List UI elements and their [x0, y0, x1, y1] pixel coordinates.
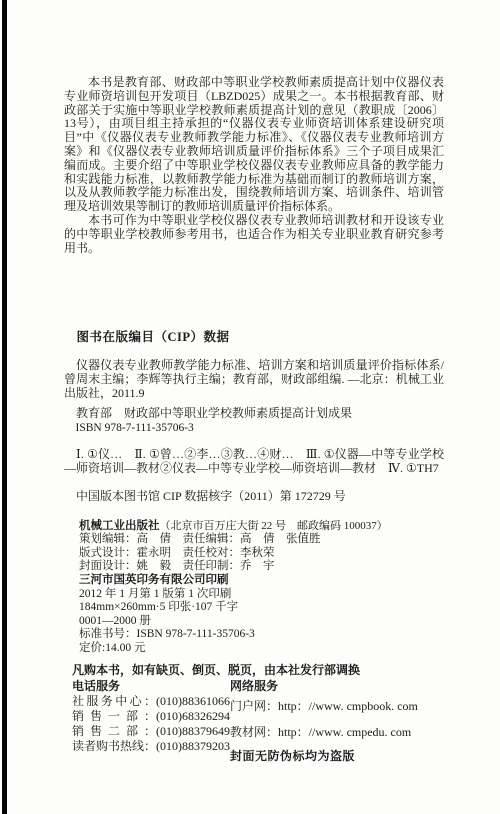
publisher-name-line: 机械工业出版社（北京市百万庄大街 22 号 邮政编码 100037） [79, 520, 444, 534]
summary-paragraph-2: 本书可作为中等职业学校仪器仪表专业教师培训教材和开设该专业的中等职业学校教师参考… [64, 214, 444, 255]
exchange-notice: 凡购本书，如有缺页、倒页、脱页，由本社发行部调换 [72, 663, 444, 678]
page-content: 本书是教育部、财政部中等职业学校教师素质提高计划中仪器仪表专业师资培训包开发项目… [64, 0, 444, 764]
phone-number: (010)88379649 [156, 724, 230, 738]
cip-heading: 图书在版编目（CIP）数据 [64, 331, 444, 345]
cip-series-note: 教育部 财政部中等职业学校教师素质提高计划成果 [64, 407, 444, 421]
staff-line: 策划编辑：高 倩 责任编辑：高 倩 张值胜 [79, 533, 444, 547]
anti-piracy-notice: 封面无防伪标均为盗版 [230, 749, 444, 764]
format-line: 184mm×260mm·5 印张·107 千字 [79, 601, 444, 615]
reader-service-section: 凡购本书，如有缺页、倒页、脱页，由本社发行部调换 电话服务 社服务中心：(010… [72, 663, 444, 764]
website-url: http：//www. cmpedu. com [278, 725, 411, 739]
service-columns: 电话服务 社服务中心：(010)88361066 销售一部：(010)68326… [72, 679, 444, 764]
staff-line: 版式设计：霍永明 责任校对：李秋荣 [79, 547, 444, 561]
printer-line: 三河市国英印务有限公司印刷 [79, 574, 444, 588]
phone-number: (010)88361066 [156, 694, 230, 708]
website-label: 门户网： [230, 699, 278, 713]
cip-data-section: 图书在版编目（CIP）数据 仪器仪表专业教师教学能力标准、培训方案和培训质量评价… [64, 331, 444, 503]
publisher-name: 机械工业出版社 [79, 520, 160, 532]
phone-label: 销售一部： [72, 709, 156, 724]
website-label: 教材网： [230, 725, 278, 739]
phone-row: 读者购书热线：(010)88379203 [72, 739, 230, 754]
print-run-line: 0001—2000 册 [79, 615, 444, 629]
cip-classification: Ⅰ. ①仪… Ⅱ. ①曾…②李…③教…④财… Ⅲ. ①仪器—中等专业学校—师资培… [64, 448, 444, 476]
network-service-column: 网络服务 门户网：http：//www. cmpbook. com 教材网：ht… [230, 679, 444, 764]
phone-label: 销售二部： [72, 724, 156, 739]
summary-paragraph-1: 本书是教育部、财政部中等职业学校教师素质提高计划中仪器仪表专业师资培训包开发项目… [64, 76, 444, 214]
phone-row: 销售二部：(010)88379649 [72, 724, 230, 739]
publisher-imprint-section: 机械工业出版社（北京市百万庄大街 22 号 邮政编码 100037） 策划编辑：… [79, 520, 444, 656]
phone-service-header: 电话服务 [72, 679, 230, 694]
price-line: 定价:14.00 元 [79, 642, 444, 656]
website-row: 教材网：http：//www. cmpedu. com [230, 725, 444, 740]
publisher-address: （北京市百万庄大街 22 号 邮政编码 100037） [160, 520, 388, 532]
phone-label: 社服务中心： [72, 694, 156, 709]
cip-entry: 仪器仪表专业教师教学能力标准、培训方案和培训质量评价指标体系/曾周末主编；李辉等… [64, 359, 444, 400]
book-summary-section: 本书是教育部、财政部中等职业学校教师素质提高计划中仪器仪表专业师资培训包开发项目… [64, 76, 444, 255]
cip-isbn: ISBN 978-7-111-35706-3 [64, 422, 444, 436]
phone-label: 读者购书热线： [72, 739, 156, 754]
cip-record-number: 中国版本图书馆 CIP 数据核字（2011）第 172729 号 [64, 490, 444, 504]
scan-left-edge-bar [2, 0, 7, 814]
edition-line: 2012 年 1 月第 1 版第 1 次印刷 [79, 588, 444, 602]
phone-number: (010)88379203 [156, 739, 230, 753]
phone-row: 销售一部：(010)68326294 [72, 709, 230, 724]
staff-line: 封面设计：姚 毅 责任印制：乔 宇 [79, 560, 444, 574]
network-service-header: 网络服务 [230, 679, 444, 694]
standard-book-number-line: 标准书号：ISBN 978-7-111-35706-3 [79, 628, 444, 642]
website-row: 门户网：http：//www. cmpbook. com [230, 699, 444, 714]
phone-service-column: 电话服务 社服务中心：(010)88361066 销售一部：(010)68326… [72, 679, 230, 764]
website-url: http：//www. cmpbook. com [278, 699, 418, 713]
phone-row: 社服务中心：(010)88361066 [72, 694, 230, 709]
phone-number: (010)68326294 [156, 709, 230, 723]
